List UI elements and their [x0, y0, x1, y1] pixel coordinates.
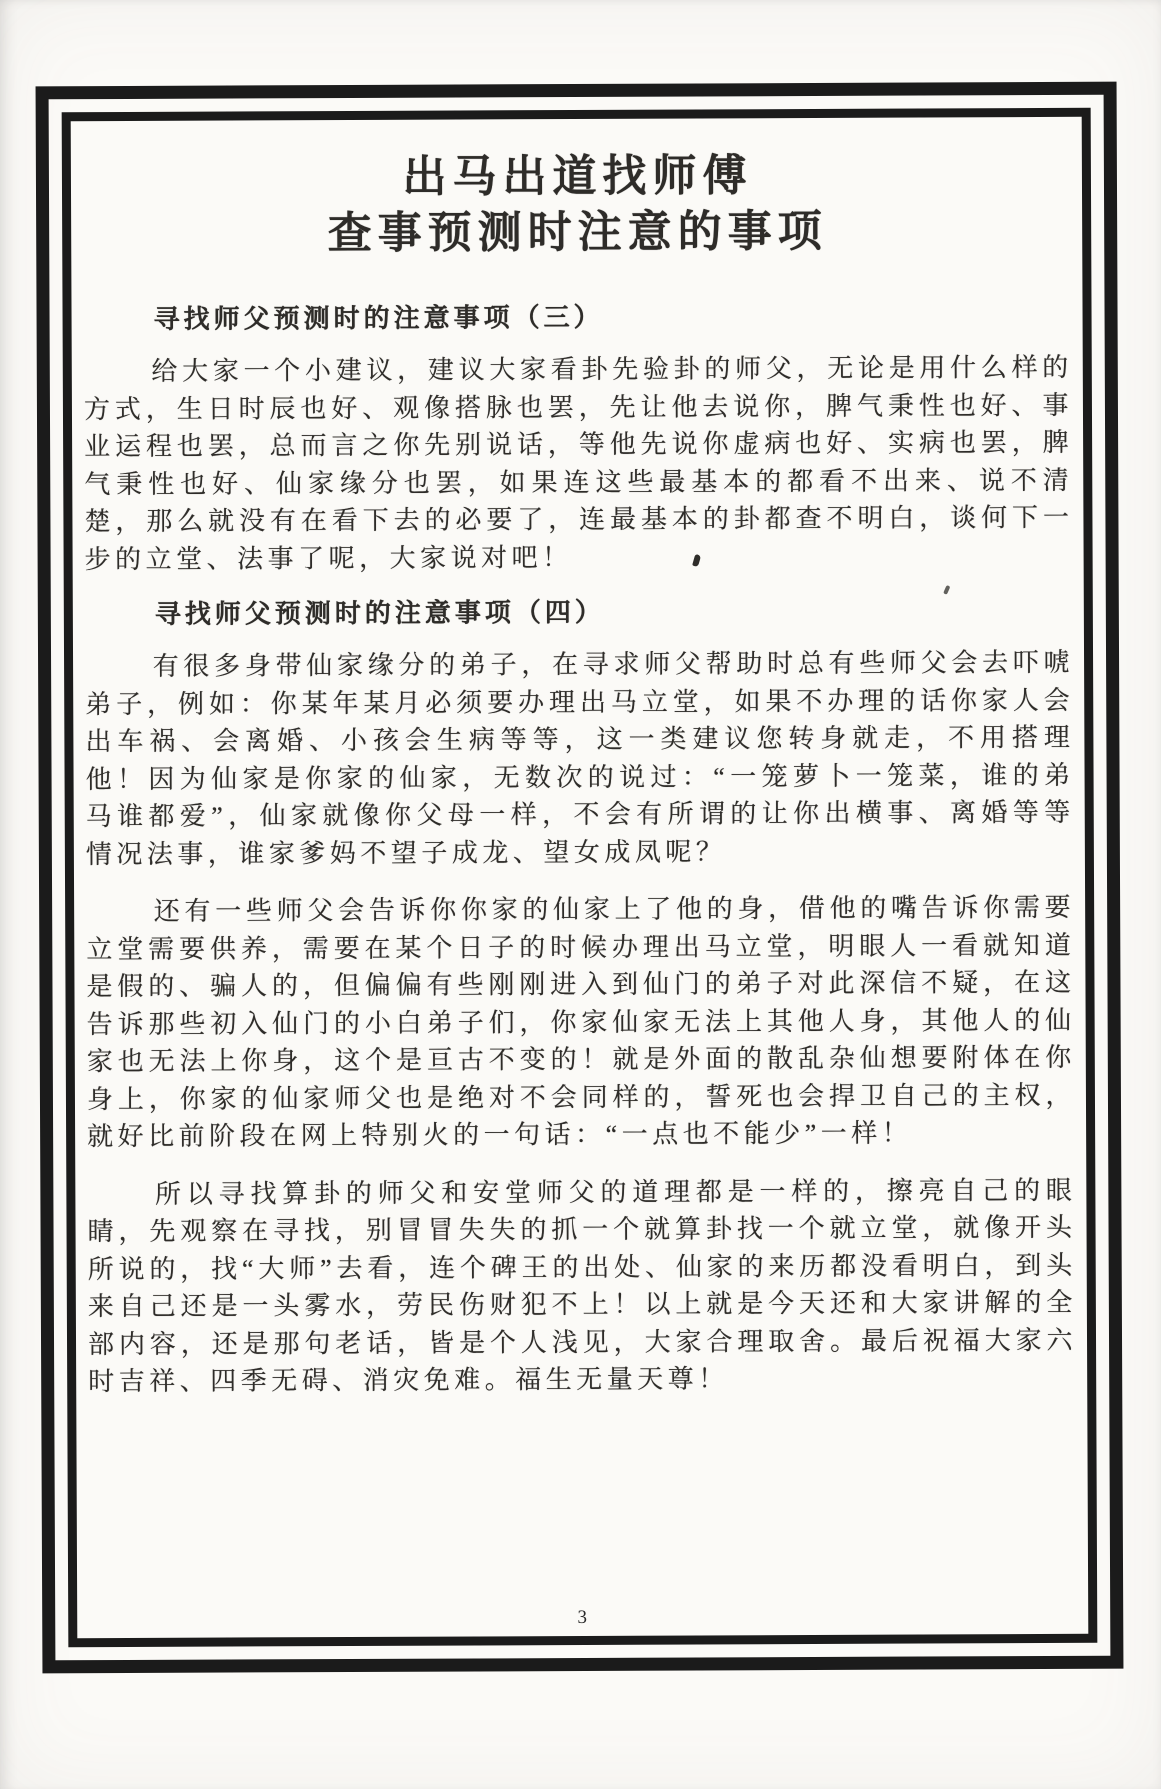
paragraph: 还有一些师父会告诉你你家的仙家上了他的身，借他的嘴告诉你需要立堂需要供养，需要在…: [86, 889, 1076, 1156]
paragraph: 给大家一个小建议，建议大家看卦先验卦的师父，无论是用什么样的方式，生日时辰也好、…: [84, 349, 1074, 578]
document-title-line-2: 查事预测时注意的事项: [83, 203, 1072, 263]
page-border-inner: 出马出道找师傅 查事预测时注意的事项 寻找师父预测时的注意事项（三） 给大家一个…: [62, 108, 1098, 1647]
document-title-line-1: 出马出道找师傅: [83, 147, 1072, 207]
scanned-document-page: 出马出道找师傅 查事预测时注意的事项 寻找师父预测时的注意事项（三） 给大家一个…: [0, 0, 1161, 1789]
page-number: 3: [77, 1605, 1088, 1631]
document-title: 出马出道找师傅 查事预测时注意的事项: [83, 147, 1072, 263]
section-heading-note-3: 寻找师父预测时的注意事项（三）: [83, 299, 1072, 337]
scan-speck: [102, 477, 107, 481]
page-content: 出马出道找师傅 查事预测时注意的事项 寻找师父预测时的注意事项（三） 给大家一个…: [71, 117, 1089, 1638]
paragraph: 所以寻找算卦的师父和安堂师父的道理都是一样的，擦亮自己的眼睛，先观察在寻找，别冒…: [87, 1171, 1077, 1400]
page-border-outer: 出马出道找师傅 查事预测时注意的事项 寻找师父预测时的注意事项（三） 给大家一个…: [36, 82, 1124, 1674]
paragraph: 有很多身带仙家缘分的弟子，在寻求师父帮助时总有些师父会去吓唬弟子，例如：你某年某…: [85, 644, 1075, 873]
scan-speck: [943, 585, 950, 595]
section-heading-note-4: 寻找师父预测时的注意事项（四）: [85, 594, 1074, 632]
